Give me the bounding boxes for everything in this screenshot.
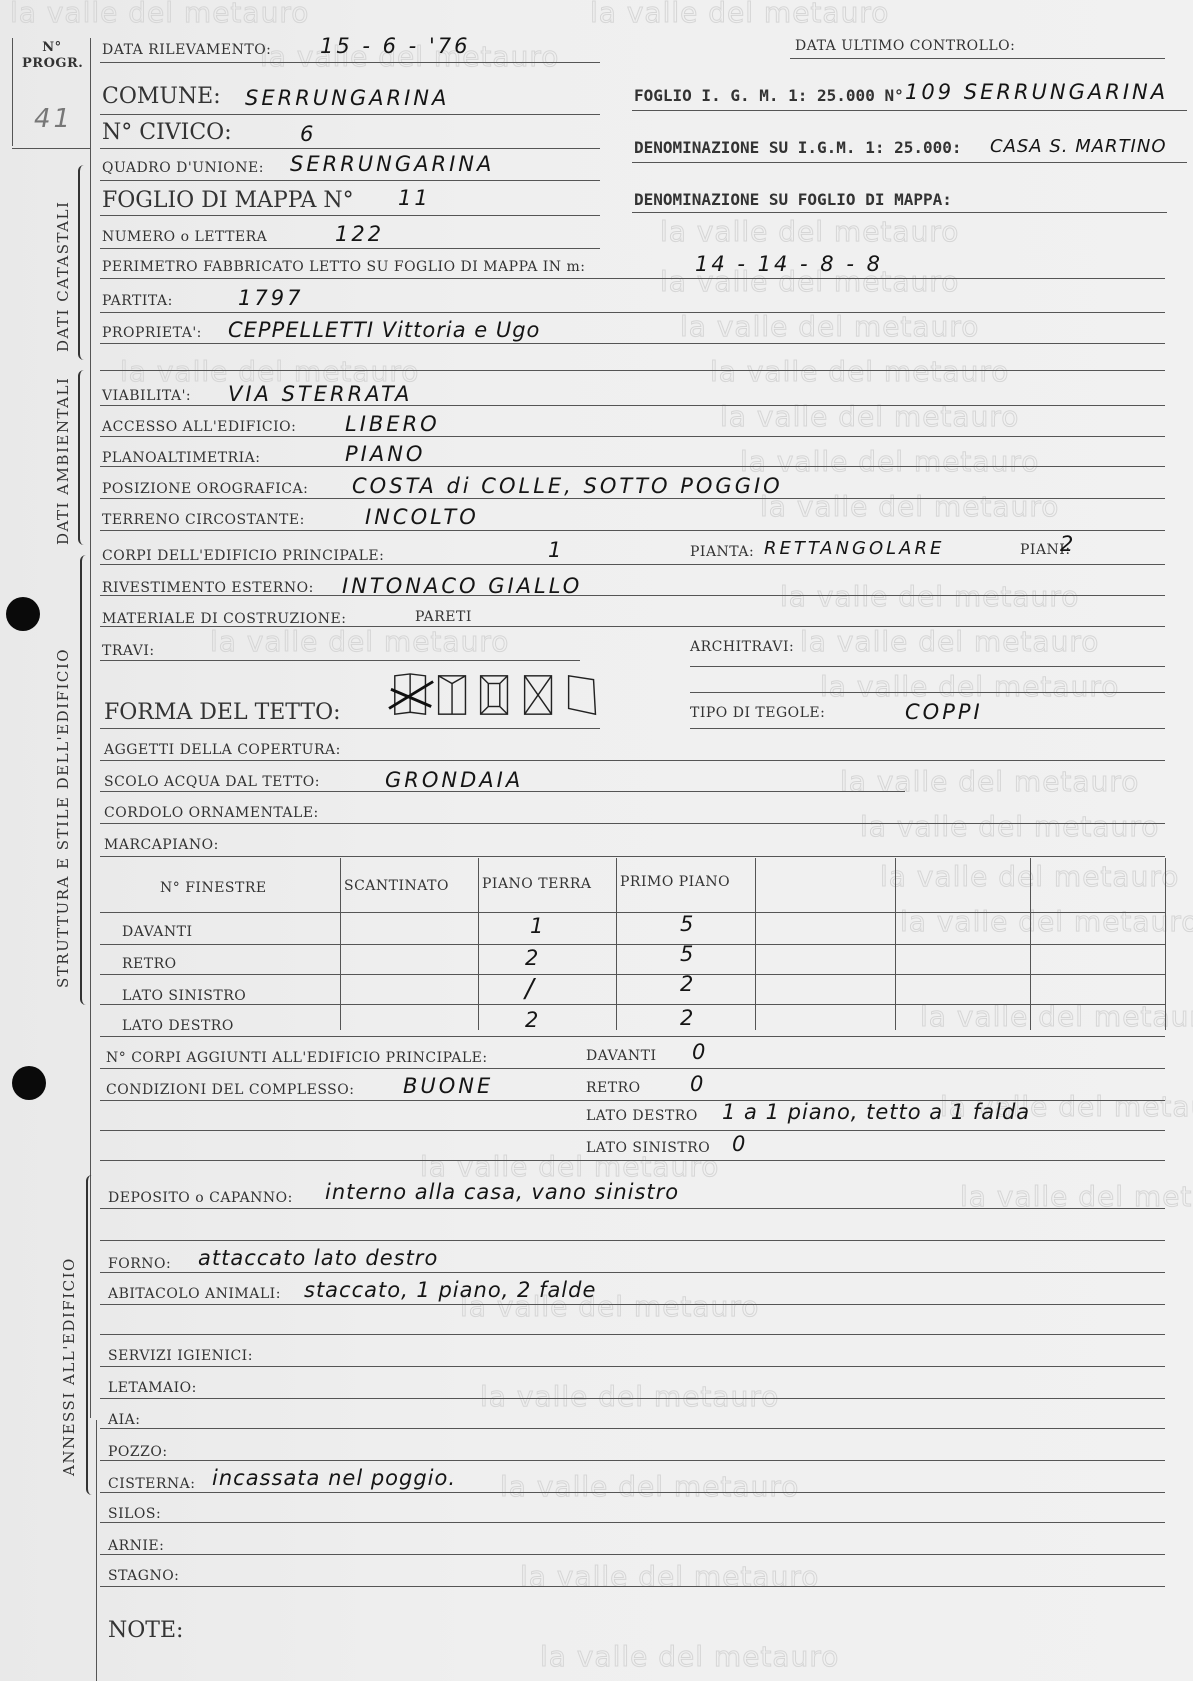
planoaltimetria-value[interactable]: PIANO xyxy=(345,442,425,466)
cell-retro-primo-piano[interactable]: 5 xyxy=(680,942,696,966)
rule xyxy=(632,162,1187,163)
rule xyxy=(100,1398,1165,1399)
watermark: la valle del metauro xyxy=(480,1380,779,1413)
posizione-value[interactable]: COSTA di COLLE, SOTTO POGGIO xyxy=(352,474,783,498)
abitacolo-value[interactable]: staccato, 1 piano, 2 falde xyxy=(304,1278,596,1302)
accesso-value[interactable]: LIBERO xyxy=(345,412,440,436)
cell-davanti-piano-terra[interactable]: 1 xyxy=(530,914,546,938)
rule xyxy=(100,343,1165,344)
rule xyxy=(100,1334,1165,1335)
section-label-dati-catastali: DATI CATASTALI xyxy=(54,201,72,352)
condizioni-label: CONDIZIONI DEL COMPLESSO: xyxy=(106,1082,354,1098)
roof-shape-pyramid-icon[interactable] xyxy=(522,672,556,718)
form-page: la valle del metauro la valle del metaur… xyxy=(0,0,1193,1681)
forma-tetto-label: FORMA DEL TETTO: xyxy=(104,700,341,725)
corpi-aggiunti-label: N° CORPI AGGIUNTI ALL'EDIFICIO PRINCIPAL… xyxy=(106,1050,488,1066)
corpi-value[interactable]: 1 xyxy=(548,538,564,562)
rule xyxy=(100,1554,1165,1555)
rule xyxy=(100,248,600,249)
watermark: la valle del metauro xyxy=(900,905,1193,938)
rule xyxy=(100,370,1165,371)
watermark: la valle del metauro xyxy=(500,1470,799,1503)
rule xyxy=(100,1160,1165,1161)
progr-value: 41 xyxy=(34,104,73,134)
davanti-label: DAVANTI xyxy=(586,1048,657,1064)
cell-lato-sinistro-piano-terra[interactable]: / xyxy=(525,974,537,1004)
tegole-label: TIPO DI TEGOLE: xyxy=(690,705,825,721)
watermark: la valle del metauro xyxy=(10,0,309,29)
quadro-label: QUADRO D'UNIONE: xyxy=(102,160,264,176)
arnie-label: ARNIE: xyxy=(108,1538,164,1554)
rule xyxy=(100,974,1165,975)
letamaio-label: LETAMAIO: xyxy=(108,1380,197,1396)
comune-value[interactable]: SERRUNGARINA xyxy=(245,86,449,110)
piani-value[interactable]: 2 xyxy=(1060,532,1076,556)
rule xyxy=(690,692,1165,693)
rule xyxy=(690,728,1165,729)
row-label-davanti: DAVANTI xyxy=(122,924,193,940)
foglio-mappa-value[interactable]: 11 xyxy=(398,186,431,210)
marcapiano-label: MARCAPIANO: xyxy=(104,837,219,853)
roof-shape-shed-icon[interactable] xyxy=(566,672,600,718)
watermark: la valle del metauro xyxy=(520,1560,819,1593)
numero-label: NUMERO o LETTERA xyxy=(102,229,267,245)
planoaltimetria-label: PLANOALTIMETRIA: xyxy=(102,450,260,466)
data-rilevamento-value[interactable]: 15 - 6 - '76 xyxy=(320,34,470,58)
rule xyxy=(690,666,1165,667)
comune-label: COMUNE: xyxy=(102,84,221,109)
rule xyxy=(100,405,1165,406)
accesso-label: ACCESSO ALL'EDIFICIO: xyxy=(102,419,296,435)
rule xyxy=(100,436,1165,437)
rivestimento-label: RIVESTIMENTO ESTERNO: xyxy=(102,580,314,596)
scolo-value[interactable]: GRONDAIA xyxy=(385,768,523,792)
cisterna-value[interactable]: incassata nel poggio. xyxy=(212,1466,456,1490)
rule xyxy=(100,1272,1165,1273)
watermark: la valle del metauro xyxy=(710,355,1009,388)
rule xyxy=(100,1522,1165,1523)
cordolo-label: CORDOLO ORNAMENTALE: xyxy=(104,805,319,821)
rule xyxy=(100,1240,1165,1241)
foglio-igm-value[interactable]: 109 SERRUNGARINA xyxy=(905,80,1168,104)
table-header-piano-terra: PIANO TERRA xyxy=(482,876,592,892)
cell-davanti-primo-piano[interactable]: 5 xyxy=(680,912,696,936)
rule xyxy=(100,278,1165,279)
progr-label: N° PROGR. xyxy=(22,40,82,72)
watermark: la valle del metauro xyxy=(820,670,1119,703)
rule xyxy=(632,110,1187,111)
rule xyxy=(100,912,1165,913)
retro-label: RETRO xyxy=(586,1080,641,1096)
cell-lato-sinistro-primo-piano[interactable]: 2 xyxy=(680,972,696,996)
lato-destro-label: LATO DESTRO xyxy=(586,1108,698,1124)
viabilita-value[interactable]: VIA STERRATA xyxy=(228,382,412,406)
davanti-value[interactable]: 0 xyxy=(692,1040,708,1064)
materiale-value[interactable]: PARETI xyxy=(415,609,472,625)
watermark: la valle del metauro xyxy=(780,580,1079,613)
rule xyxy=(100,944,1165,945)
punch-hole xyxy=(6,597,40,631)
section-label-dati-ambientali: DATI AMBIENTALI xyxy=(54,377,72,545)
rule xyxy=(100,148,600,149)
pozzo-label: POZZO: xyxy=(108,1444,168,1460)
cell-lato-destro-primo-piano[interactable]: 2 xyxy=(680,1006,696,1030)
rule xyxy=(100,791,905,792)
foglio-igm-label: FOGLIO I. G. M. 1: 25.000 N° xyxy=(634,86,904,105)
deposito-label: DEPOSITO o CAPANNO: xyxy=(108,1190,293,1206)
aia-label: AIA: xyxy=(108,1412,140,1428)
watermark: la valle del metauro xyxy=(680,310,979,343)
rule xyxy=(100,1004,1165,1005)
section-brace xyxy=(86,1175,94,1495)
watermark: la valle del metauro xyxy=(590,0,889,29)
posizione-label: POSIZIONE OROGRAFICA: xyxy=(102,481,308,497)
rule xyxy=(100,856,1165,857)
rule xyxy=(100,660,580,661)
rule xyxy=(100,1068,1165,1069)
rule xyxy=(100,498,1165,499)
table-header-finestre: N° FINESTRE xyxy=(160,880,267,896)
row-label-retro: RETRO xyxy=(122,956,177,972)
table-header-primo-piano: PRIMO PIANO xyxy=(620,874,730,890)
rule xyxy=(100,1428,1165,1429)
rule xyxy=(100,62,600,63)
viabilita-label: VIABILITA': xyxy=(102,388,191,404)
rule xyxy=(100,728,600,729)
note-label: NOTE: xyxy=(108,1618,183,1643)
rule xyxy=(100,1036,1165,1037)
perimetro-value[interactable]: 14 - 14 - 8 - 8 xyxy=(695,252,883,276)
roof-shape-hipped-icon[interactable] xyxy=(436,672,470,718)
watermark: la valle del metauro xyxy=(760,490,1059,523)
cell-lato-destro-piano-terra[interactable]: 2 xyxy=(525,1008,541,1032)
denom-igm-value[interactable]: CASA S. MARTINO xyxy=(990,136,1167,157)
rule xyxy=(100,1130,1165,1131)
tegole-value[interactable]: COPPI xyxy=(905,700,983,724)
watermark: la valle del metauro xyxy=(540,1640,839,1673)
rule xyxy=(100,180,600,181)
table-header-scantinato: SCANTINATO xyxy=(344,878,449,894)
watermark: la valle del metauro xyxy=(860,810,1159,843)
civico-value[interactable]: 6 xyxy=(300,122,316,146)
forno-label: FORNO: xyxy=(108,1256,171,1272)
rule xyxy=(100,626,1165,627)
cisterna-label: CISTERNA: xyxy=(108,1476,196,1492)
lato-destro-value[interactable]: 1 a 1 piano, tetto a 1 falda xyxy=(722,1100,1030,1124)
roof-shape-gable-icon[interactable] xyxy=(388,672,438,718)
proprieta-label: PROPRIETA': xyxy=(102,325,202,341)
perimetro-label: PERIMETRO FABBRICATO LETTO SU FOGLIO DI … xyxy=(102,259,586,275)
rule xyxy=(100,1208,1165,1209)
roof-shape-double-hip-icon[interactable] xyxy=(478,672,512,718)
data-rilevamento-label: DATA RILEVAMENTO: xyxy=(102,42,271,58)
rule xyxy=(100,466,1165,467)
rule xyxy=(100,823,1165,824)
row-label-lato-destro: LATO DESTRO xyxy=(122,1018,234,1034)
margin-line xyxy=(96,1420,97,1681)
watermark: la valle del metauro xyxy=(210,625,509,658)
section-label-annessi: ANNESSI ALL'EDIFICIO xyxy=(60,1257,78,1476)
corpi-label: CORPI DELL'EDIFICIO PRINCIPALE: xyxy=(102,548,384,564)
section-brace xyxy=(80,555,88,1005)
progr-box-border xyxy=(12,38,13,146)
watermark: la valle del metauro xyxy=(660,215,959,248)
servizi-label: SERVIZI IGIENICI: xyxy=(108,1348,253,1364)
section-label-struttura: STRUTTURA E STILE DELL'EDIFICIO xyxy=(54,648,72,988)
rule xyxy=(100,564,1165,565)
section-brace xyxy=(78,165,86,360)
terreno-value[interactable]: INCOLTO xyxy=(365,505,479,529)
numero-value[interactable]: 122 xyxy=(335,222,384,246)
foglio-mappa-label: FOGLIO DI MAPPA N° xyxy=(102,188,354,213)
denom-igm-label: DENOMINAZIONE SU I.G.M. 1: 25.000: xyxy=(634,138,962,157)
rule xyxy=(100,1366,1165,1367)
abitacolo-label: ABITACOLO ANIMALI: xyxy=(108,1286,281,1302)
deposito-value[interactable]: interno alla casa, vano sinistro xyxy=(325,1180,679,1204)
rule xyxy=(790,58,1165,59)
rule xyxy=(100,1460,1165,1461)
section-brace xyxy=(78,370,86,545)
condizioni-value[interactable]: BUONE xyxy=(403,1074,493,1098)
rule xyxy=(632,212,1167,213)
pianta-value[interactable]: RETTANGOLARE xyxy=(764,538,944,559)
pianta-label: PIANTA: xyxy=(690,544,754,560)
terreno-label: TERRENO CIRCOSTANTE: xyxy=(102,512,305,528)
retro-value[interactable]: 0 xyxy=(690,1072,706,1096)
materiale-label: MATERIALE DI COSTRUZIONE: xyxy=(102,611,346,627)
row-label-lato-sinistro: LATO SINISTRO xyxy=(122,988,246,1004)
rule xyxy=(100,1586,1165,1587)
rule xyxy=(100,114,600,115)
lato-sinistro-value[interactable]: 0 xyxy=(732,1132,748,1156)
cell-retro-piano-terra[interactable]: 2 xyxy=(525,946,541,970)
stagno-label: STAGNO: xyxy=(108,1568,179,1584)
lato-sinistro-label: LATO SINISTRO xyxy=(586,1140,710,1156)
punch-hole xyxy=(12,1066,46,1100)
proprieta-value[interactable]: CEPPELLETTI Vittoria e Ugo xyxy=(228,318,540,342)
rule xyxy=(100,1304,1165,1305)
silos-label: SILOS: xyxy=(108,1506,161,1522)
civico-label: N° CIVICO: xyxy=(102,120,232,145)
partita-label: PARTITA: xyxy=(102,293,173,309)
rule xyxy=(100,760,1165,761)
watermark: la valle del metauro xyxy=(840,765,1139,798)
quadro-value[interactable]: SERRUNGARINA xyxy=(290,152,494,176)
architravi-label: ARCHITRAVI: xyxy=(690,639,794,655)
forno-value[interactable]: attaccato lato destro xyxy=(198,1246,438,1270)
data-ultimo-controllo-label: DATA ULTIMO CONTROLLO: xyxy=(795,38,1015,54)
scolo-label: SCOLO ACQUA DAL TETTO: xyxy=(104,774,320,790)
rule xyxy=(100,595,1165,596)
progr-box-bottom xyxy=(12,148,90,149)
rule xyxy=(100,530,1165,531)
col-divider xyxy=(1165,858,1166,1030)
watermark: la valle del metauro xyxy=(740,445,1039,478)
partita-value[interactable]: 1797 xyxy=(238,286,303,310)
rule xyxy=(100,215,600,216)
rule xyxy=(100,312,1165,313)
aggetti-label: AGGETTI DELLA COPERTURA: xyxy=(104,742,341,758)
watermark: la valle del metauro xyxy=(800,625,1099,658)
rule xyxy=(100,1492,1165,1493)
travi-label: TRAVI: xyxy=(102,643,155,659)
denom-foglio-label: DENOMINAZIONE SU FOGLIO DI MAPPA: xyxy=(634,190,952,209)
